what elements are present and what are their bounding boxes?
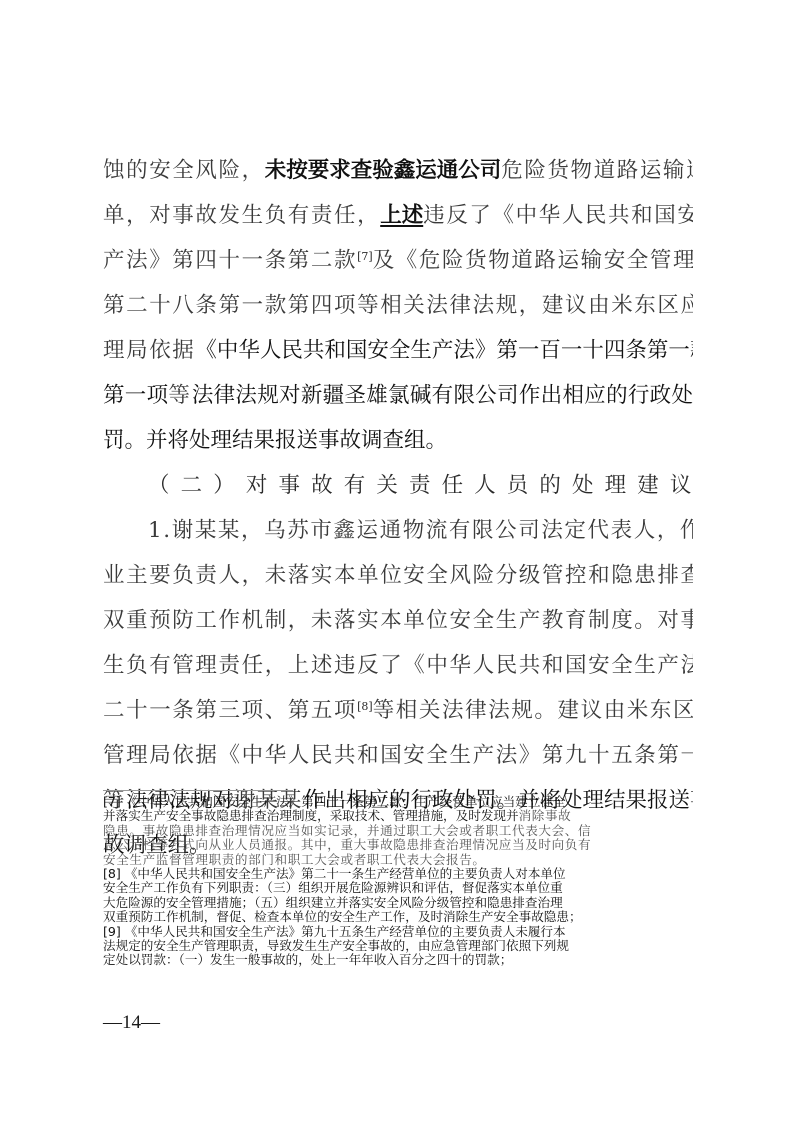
text-run: 第一项 xyxy=(103,383,168,408)
text-run: 等 xyxy=(168,383,191,408)
footnote-line: 定处以罚款：（一）发生一般事故的，处上一年年收入百分之四十的罚款； xyxy=(103,953,693,967)
text-run: 理局依据 xyxy=(103,338,195,363)
text-line: 理局依据《中华人民共和国安全生产法》第一百一十四条第一款 xyxy=(103,328,693,373)
footnote-line: 法规定的安全生产管理职责，导致发生生产安全事故的，由应急管理部门依照下列规 xyxy=(103,939,693,953)
footnote-text: [9] 《中华人民共和国安全生产法》第九十五条生产经营单位的主要负责人未履行本 xyxy=(103,925,566,939)
text-run: 管理局依据《中华人民共和国安全生产法》第九十五条第一项 xyxy=(103,743,693,768)
footnote-line: [7] 《中华人民共和国安全生产法》第四十一条第二款：生产经营单位应当建立健全 xyxy=(103,795,693,809)
text-line: 蚀的安全风险，未按要求查验鑫运通公司危险货物道路运输运 xyxy=(103,148,693,193)
text-run: 第二十八条第一款第四项等相关法律法规，建议由米东区应急管 xyxy=(103,293,693,318)
footnote-text: [7] 《中华人民共和国安全生产法》第四十一条第二款：生产经营单位应当建立健全 xyxy=(103,795,566,809)
text-run: 罚。并将处理结果报送事故调查组。 xyxy=(103,428,447,453)
text-line: 第一项等法律法规对新疆圣雄氯碱有限公司作出相应的行政处 xyxy=(103,373,693,418)
document-page: 蚀的安全风险，未按要求查验鑫运通公司危险货物道路运输运单，对事故发生负有责任，上… xyxy=(0,0,793,1122)
footnote-line: [8] 《中华人民共和国安全生产法》第二十一条生产经营单位的主要负责人对本单位 xyxy=(103,867,693,881)
text-line: 产法》第四十一条第二款[7]及《危险货物道路运输安全管理办法》 xyxy=(103,238,693,283)
text-run: 产法》第四十一条第二款 xyxy=(103,248,357,273)
footnote-line: 大危险源的安全管理措施；（五）组织建立并落实安全风险分级管控和隐患排查治理 xyxy=(103,896,693,910)
footnote-line: 并落实生产安全事故隐患排查治理制度，采取技术、管理措施，及时发现并消除事故 xyxy=(103,809,693,823)
text-run: 1.谢某某，乌苏市鑫运通物流有限公司法定代表人，作为企 xyxy=(148,518,693,543)
text-run: 单，对事故发生负有责任， xyxy=(103,203,380,228)
text-run: 及《危险货物道路运输安全管理办法》 xyxy=(373,248,693,273)
footnote-line: 安全生产工作负有下列职责：（三）组织开展危险源辨识和评估，督促落实本单位重 xyxy=(103,881,693,895)
footnote-line: 息公示栏等方式向从业人员通报。其中，重大事故隐患排查治理情况应当及时向负有 xyxy=(103,838,693,852)
footnote-line: 安全生产监督管理职责的部门和职工大会或者职工代表大会报告。 xyxy=(103,853,693,867)
footnote-text: 并落实生产安全事故隐患排查治理制度，采取技术、管理措施，及时发现并 xyxy=(103,809,519,823)
text-run: 违反了《中华人民共和国安全生 xyxy=(423,203,693,228)
footnote-line: 双重预防工作机制，督促、检查本单位的安全生产工作，及时消除生产安全事故隐患； xyxy=(103,910,693,924)
footnote-text: [8] 《中华人民共和国安全生产法》第二十一条生产经营单位的主要负责人对本单位 xyxy=(103,867,566,881)
text-run: 等相关法律法规。建议由米东区应急 xyxy=(373,698,693,723)
footnote-text: 大危险源的安全管理措施；（五）组织建立并落实安全风险分级管控和隐患排查治理 xyxy=(103,896,563,910)
text-line: 管理局依据《中华人民共和国安全生产法》第九十五条第一项[9] xyxy=(103,733,693,778)
text-run: 二十一条第三项、第五项 xyxy=(103,698,357,723)
text-run: 未按要求查验鑫运通公司 xyxy=(265,158,502,183)
footnote-ref: [8] xyxy=(357,700,373,713)
body-text: 蚀的安全风险，未按要求查验鑫运通公司危险货物道路运输运单，对事故发生负有责任，上… xyxy=(103,148,693,868)
footnote-text: 定处以罚款：（一）发生一般事故的，处上一年年收入百分之四十的罚款； xyxy=(103,953,512,967)
footnote-text: 安全生产工作负有下列职责：（三）组织开展危险源辨识和评估，督促落实本单位重 xyxy=(103,881,563,895)
footnote-ref: [7] xyxy=(357,250,373,263)
text-line: 业主要负责人，未落实本单位安全风险分级管控和隐患排查治理 xyxy=(103,553,693,598)
footnote-text: 消除事故 xyxy=(519,809,572,823)
text-line: 罚。并将处理结果报送事故调查组。 xyxy=(103,418,693,463)
footnote-line: 隐患。事故隐患排查治理情况应当如实记录，并通过职工大会或者职工代表大会、信 xyxy=(103,824,693,838)
footnote-text: 息公示栏等方式向从业人员通报。其中，重大事故隐患排查治理情况应当及时向负有 xyxy=(103,838,591,852)
paragraph-company-penalty: 蚀的安全风险，未按要求查验鑫运通公司危险货物道路运输运单，对事故发生负有责任，上… xyxy=(103,148,693,463)
text-line: 二十一条第三项、第五项[8]等相关法律法规。建议由米东区应急 xyxy=(103,688,693,733)
text-run: 蚀的安全风险， xyxy=(103,158,265,183)
text-run: 双重预防工作机制，未落实本单位安全生产教育制度。对事故发 xyxy=(103,608,693,633)
section-heading: （二）对事故有关责任人员的处理建议 xyxy=(103,463,693,508)
footnotes: [7] 《中华人民共和国安全生产法》第四十一条第二款：生产经营单位应当建立健全并… xyxy=(103,795,693,968)
text-line: 单，对事故发生负有责任，上述违反了《中华人民共和国安全生 xyxy=(103,193,693,238)
footnote-text: 法规定的安全生产管理职责，导致发生生产安全事故的，由应急管理部门依照下列规 xyxy=(103,939,569,953)
footnote-divider xyxy=(103,790,293,791)
text-run: 危险货物道路运输运 xyxy=(501,158,693,183)
text-line: 第二十八条第一款第四项等相关法律法规，建议由米东区应急管 xyxy=(103,283,693,328)
text-line: 1.谢某某，乌苏市鑫运通物流有限公司法定代表人，作为企 xyxy=(103,508,693,553)
footnote-text: 隐患。事故隐患排查治理情况应当如实记录，并通过职工大会或者职工代表大会、信 xyxy=(103,824,591,838)
footnote-text: 安全生产监督管理职责的部门和职工大会或者职工代表大会报告。 xyxy=(103,853,486,867)
page-number: —14— xyxy=(103,1012,160,1034)
text-run: 法律法规对新疆圣雄氯碱有限公司作出相应的行政处 xyxy=(192,383,693,408)
footnote-text: 双重预防工作机制，督促、检查本单位的安全生产工作，及时消除生产安全事故隐患； xyxy=(103,910,582,924)
footnote-line: [9] 《中华人民共和国安全生产法》第九十五条生产经营单位的主要负责人未履行本 xyxy=(103,925,693,939)
text-line: 双重预防工作机制，未落实本单位安全生产教育制度。对事故发 xyxy=(103,598,693,643)
text-run: 《中华人民共和国安全生产法》第一百一十四条第一款 xyxy=(195,338,693,363)
text-run: 上述 xyxy=(380,203,423,228)
text-run: 业主要负责人，未落实本单位安全风险分级管控和隐患排查治理 xyxy=(103,563,693,588)
text-line: 生负有管理责任，上述违反了《中华人民共和国安全生产法》第 xyxy=(103,643,693,688)
text-run: 生负有管理责任，上述违反了《中华人民共和国安全生产法》第 xyxy=(103,653,693,678)
